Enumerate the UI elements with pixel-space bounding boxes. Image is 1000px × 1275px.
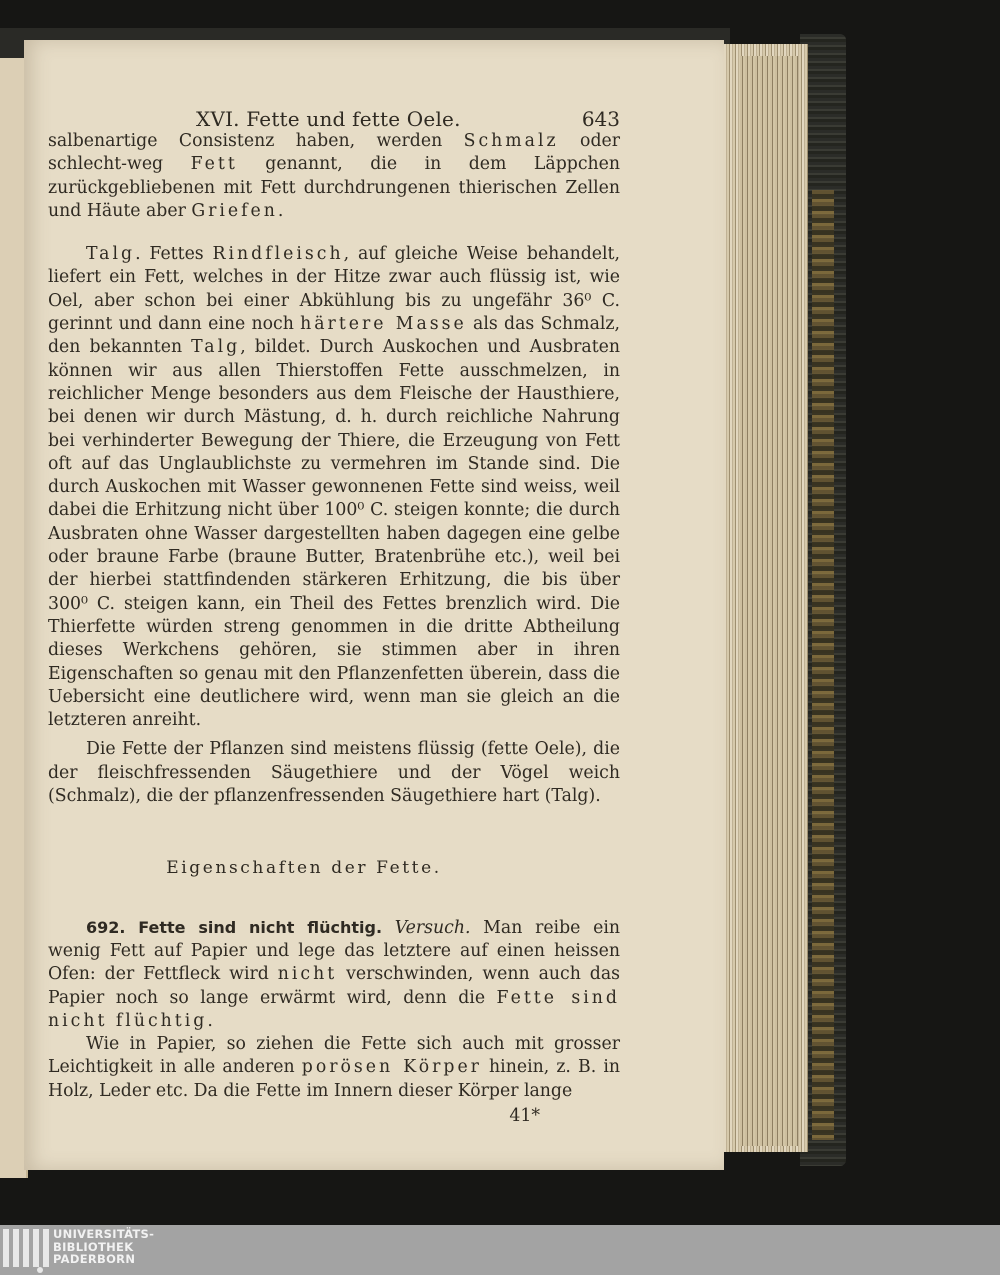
spacer — [48, 223, 620, 243]
spaced-term: Griefen — [191, 201, 278, 221]
logo-line-1: UNIVERSITÄTS- — [53, 1228, 154, 1241]
spaced-term: härtere Masse — [300, 314, 467, 334]
spacer — [48, 881, 620, 916]
page-text: XVI. Fette und fette Oele. 643 salbenart… — [48, 100, 620, 1128]
paragraph-5: Wie in Papier, so ziehen die Fette sich … — [48, 1033, 620, 1103]
text-run: . — [207, 1011, 213, 1031]
spaced-term: Fett — [191, 154, 238, 174]
article-title: Fette sind nicht flüchtig. — [138, 918, 382, 937]
spaced-term: Schmalz — [464, 131, 559, 151]
experiment-label: Versuch. — [395, 918, 471, 938]
signature-mark: 41* — [48, 1105, 620, 1128]
spacer — [48, 808, 620, 857]
spaced-term: Talg — [191, 337, 240, 357]
library-logo-text: UNIVERSITÄTS- BIBLIOTHEK PADERBORN — [53, 1228, 154, 1266]
page-number: 643 — [582, 108, 620, 131]
book-spine-edge — [812, 190, 834, 1140]
paragraph-3: Die Fette der Pflanzen sind meistens flü… — [48, 738, 620, 808]
section-heading: Eigenschaften der Fette. — [48, 857, 620, 880]
text-run: . — [278, 201, 284, 221]
article-number: 692. — [86, 918, 125, 937]
library-logo-icon — [3, 1229, 49, 1271]
logo-dot-icon — [37, 1267, 43, 1273]
paragraph-1: salbenartige Consistenz haben, werden Sc… — [48, 130, 620, 223]
page-block-inner-edges — [740, 56, 798, 1146]
library-footer-bar: UNIVERSITÄTS- BIBLIOTHEK PADERBORN — [0, 1225, 1000, 1275]
text-run: salbenartige Consistenz haben, werden — [48, 131, 464, 151]
running-header: XVI. Fette und fette Oele. 643 — [48, 100, 620, 130]
paragraph-2: Talg. Fettes Rindfleisch, auf gleiche We… — [48, 243, 620, 732]
spaced-term: Talg — [86, 244, 135, 264]
spaced-term: Rindfleisch — [213, 244, 344, 264]
spaced-term: porösen Körper — [302, 1057, 482, 1077]
text-run: . Fettes — [135, 244, 212, 264]
running-head-title: XVI. Fette und fette Oele. — [196, 108, 461, 131]
spaced-term: nicht — [278, 964, 337, 984]
logo-line-3: PADERBORN — [53, 1253, 154, 1266]
text-run: , bildet. Durch Auskochen und Ausbraten … — [48, 337, 620, 730]
article-692: 692. Fette sind nicht flüchtig. Versuch.… — [48, 916, 620, 1033]
